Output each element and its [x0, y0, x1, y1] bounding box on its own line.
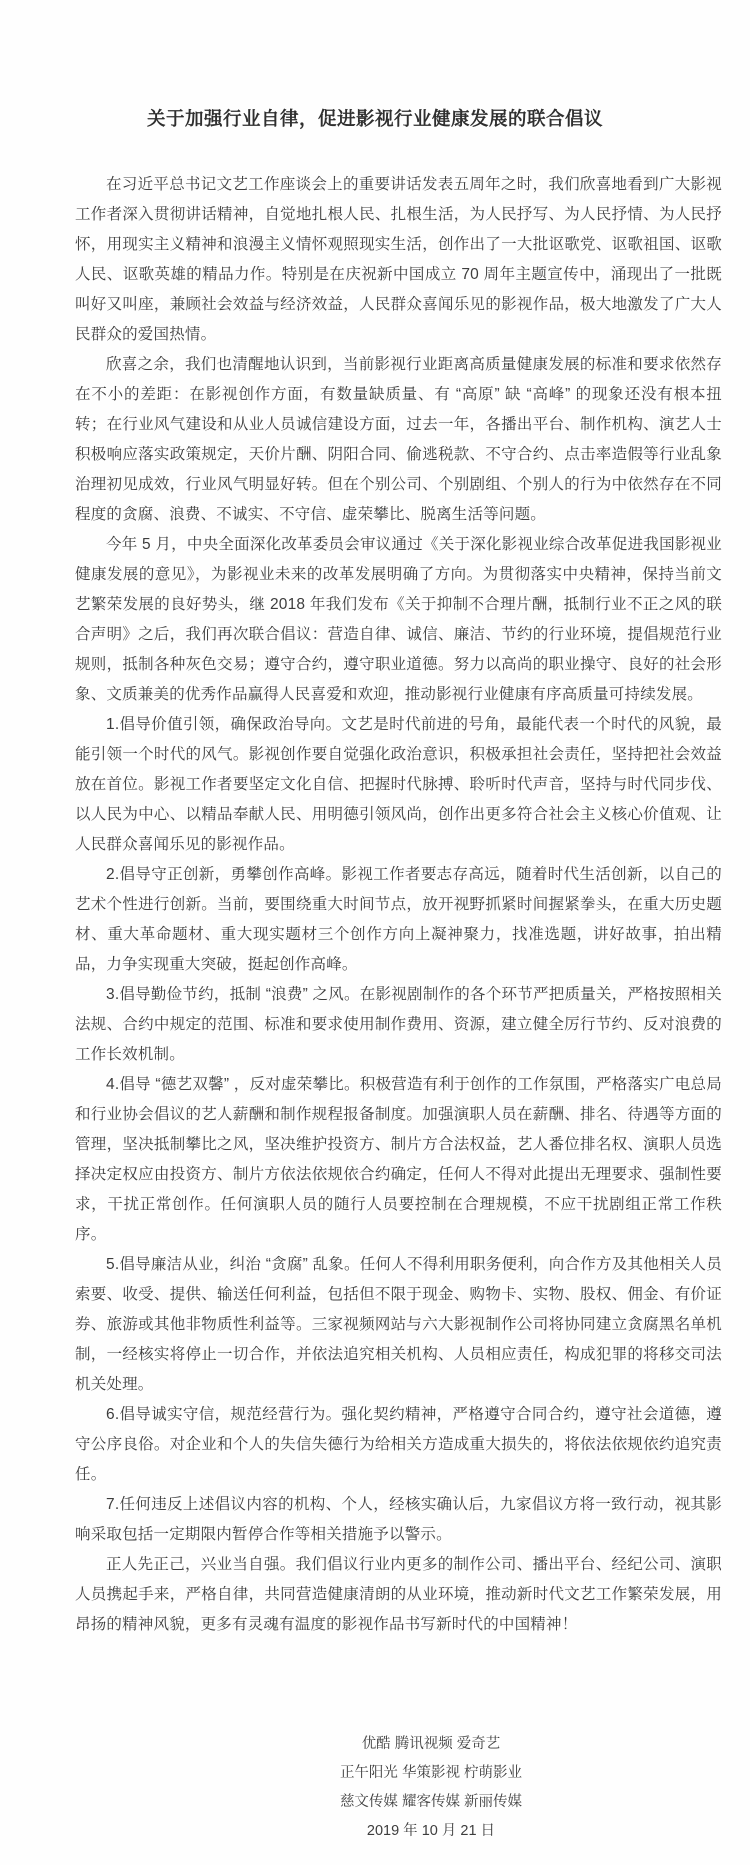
- document-date: 2019 年 10 月 21 日: [340, 1817, 522, 1846]
- body-paragraph: 1.倡导价值引领，确保政治导向。文艺是时代前进的号角，最能代表一个时代的风貌，最…: [75, 710, 722, 860]
- document-title: 关于加强行业自律，促进影视行业健康发展的联合倡议: [20, 106, 730, 132]
- body-paragraph: 7.任何违反上述倡议内容的机构、个人，经核实确认后，九家倡议方将一致行动，视其影…: [75, 1490, 722, 1550]
- signatory-line: 优酷 腾讯视频 爱奇艺: [340, 1730, 522, 1759]
- body-paragraph: 5.倡导廉洁从业，纠治 “贪腐” 乱象。任何人不得利用职务便利，向合作方及其他相…: [75, 1250, 722, 1400]
- body-paragraph: 今年 5 月，中央全面深化改革委员会审议通过《关于深化影视业综合改革促进我国影视…: [75, 530, 722, 710]
- body-paragraph: 3.倡导勤俭节约，抵制 “浪费” 之风。在影视剧制作的各个环节严把质量关，严格按…: [75, 980, 722, 1070]
- body-paragraph: 2.倡导守正创新，勇攀创作高峰。影视工作者要志存高远，随着时代生活创新，以自己的…: [75, 860, 722, 980]
- body-paragraph: 6.倡导诚实守信，规范经营行为。强化契约精神，严格遵守合同合约，遵守社会道德，遵…: [75, 1400, 722, 1490]
- body-paragraph: 欣喜之余，我们也清醒地认识到，当前影视行业距离高质量健康发展的标准和要求依然存在…: [75, 350, 722, 530]
- signature-block: 优酷 腾讯视频 爱奇艺正午阳光 华策影视 柠萌影业慈文传媒 耀客传媒 新丽传媒 …: [340, 1730, 522, 1846]
- signatory-line: 正午阳光 华策影视 柠萌影业: [340, 1759, 522, 1788]
- body-paragraph: 正人先正己，兴业当自强。我们倡议行业内更多的制作公司、播出平台、经纪公司、演职人…: [75, 1550, 722, 1640]
- body-paragraph: 4.倡导 “德艺双馨” ，反对虚荣攀比。积极营造有利于创作的工作氛围，严格落实广…: [75, 1070, 722, 1250]
- body-paragraph: 在习近平总书记文艺工作座谈会上的重要讲话发表五周年之时，我们欣喜地看到广大影视工…: [75, 170, 722, 350]
- document-body: 在习近平总书记文艺工作座谈会上的重要讲话发表五周年之时，我们欣喜地看到广大影视工…: [75, 170, 722, 1640]
- signatory-line: 慈文传媒 耀客传媒 新丽传媒: [340, 1788, 522, 1817]
- signatory-lines: 优酷 腾讯视频 爱奇艺正午阳光 华策影视 柠萌影业慈文传媒 耀客传媒 新丽传媒: [340, 1730, 522, 1817]
- proposal-document: 关于加强行业自律，促进影视行业健康发展的联合倡议 在习近平总书记文艺工作座谈会上…: [0, 0, 750, 1865]
